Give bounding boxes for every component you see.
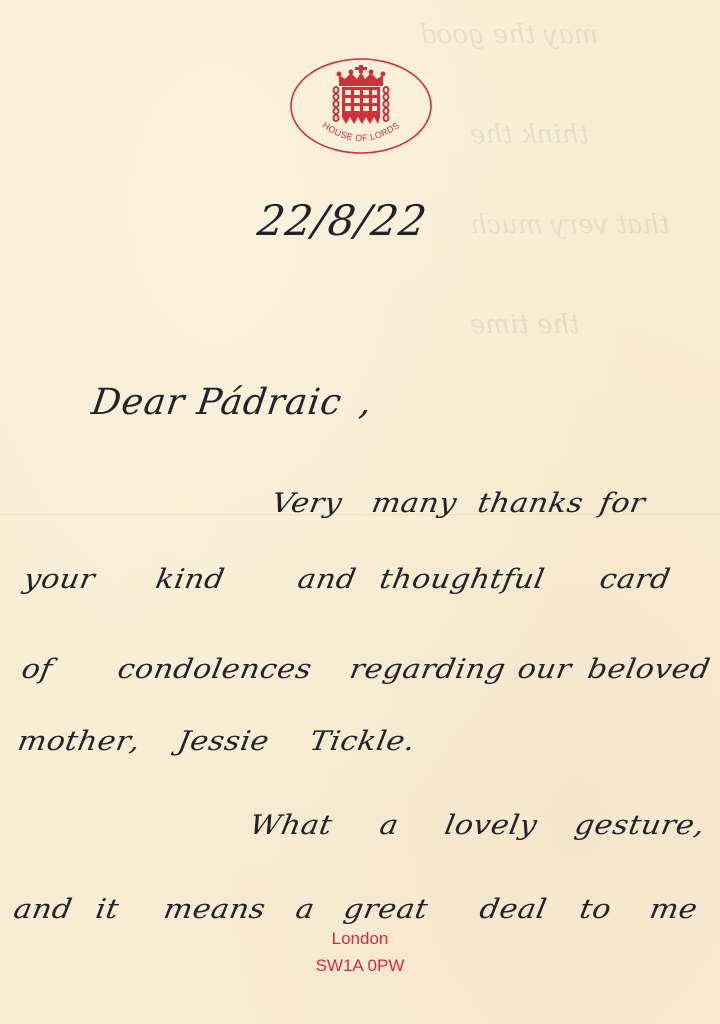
show-through-text: that very much — [470, 210, 670, 240]
salutation-comma: , — [357, 382, 375, 423]
letter-line: Very many thanks for — [0, 486, 720, 556]
word: me — [647, 894, 700, 926]
word: thoughtful — [377, 564, 547, 596]
letter-line: and it means a great deal to me — [0, 892, 720, 962]
letter-line: What a lovely gesture, — [0, 808, 720, 878]
svg-text:HOUSE OF LORDS: HOUSE OF LORDS — [321, 120, 402, 143]
show-through-text: the time — [470, 310, 580, 340]
word: condolences — [115, 654, 314, 686]
institution-name: HOUSE OF LORDS — [321, 120, 402, 143]
word: great — [341, 894, 430, 926]
word: to — [577, 894, 614, 926]
word: your — [21, 564, 97, 596]
word: it — [93, 894, 121, 926]
show-through-text: think the — [470, 120, 589, 150]
letter-line: your kind and thoughtful card — [0, 562, 720, 632]
word: our — [515, 654, 574, 686]
word: Very — [269, 488, 345, 520]
word: card — [597, 564, 673, 596]
word: many — [369, 488, 459, 520]
address-postcode: SW1A 0PW — [0, 955, 720, 977]
word: Tickle. — [307, 726, 418, 758]
show-through-text: may the good — [420, 20, 599, 50]
word: mother — [15, 726, 134, 758]
salutation-text: Dear Pádraic — [89, 382, 345, 423]
word: deal — [477, 894, 549, 926]
letter-date: 22/8/22 — [255, 196, 431, 245]
word: What — [247, 810, 335, 842]
portcullis-crown-icon: HOUSE OF LORDS — [289, 57, 433, 155]
word: Jessie — [175, 726, 271, 758]
word: regarding — [347, 654, 508, 686]
word: thanks — [475, 488, 586, 520]
word: of — [19, 654, 55, 686]
address-city: London — [0, 928, 720, 950]
word: beloved — [585, 654, 713, 686]
word: and — [295, 564, 358, 596]
word: for — [597, 488, 648, 520]
letter-line: mother , Jessie Tickle. — [0, 724, 720, 794]
letter-line: of condolences regarding our beloved — [0, 652, 720, 722]
word: kind — [153, 564, 227, 596]
word: and — [11, 894, 74, 926]
salutation: Dear Pádraic, — [89, 382, 375, 423]
word: a — [377, 810, 401, 842]
word: lovely — [442, 810, 539, 842]
word: a — [293, 894, 317, 926]
word: gesture, — [572, 810, 707, 842]
word: means — [161, 894, 268, 926]
house-of-lords-crest: HOUSE OF LORDS — [289, 57, 433, 155]
